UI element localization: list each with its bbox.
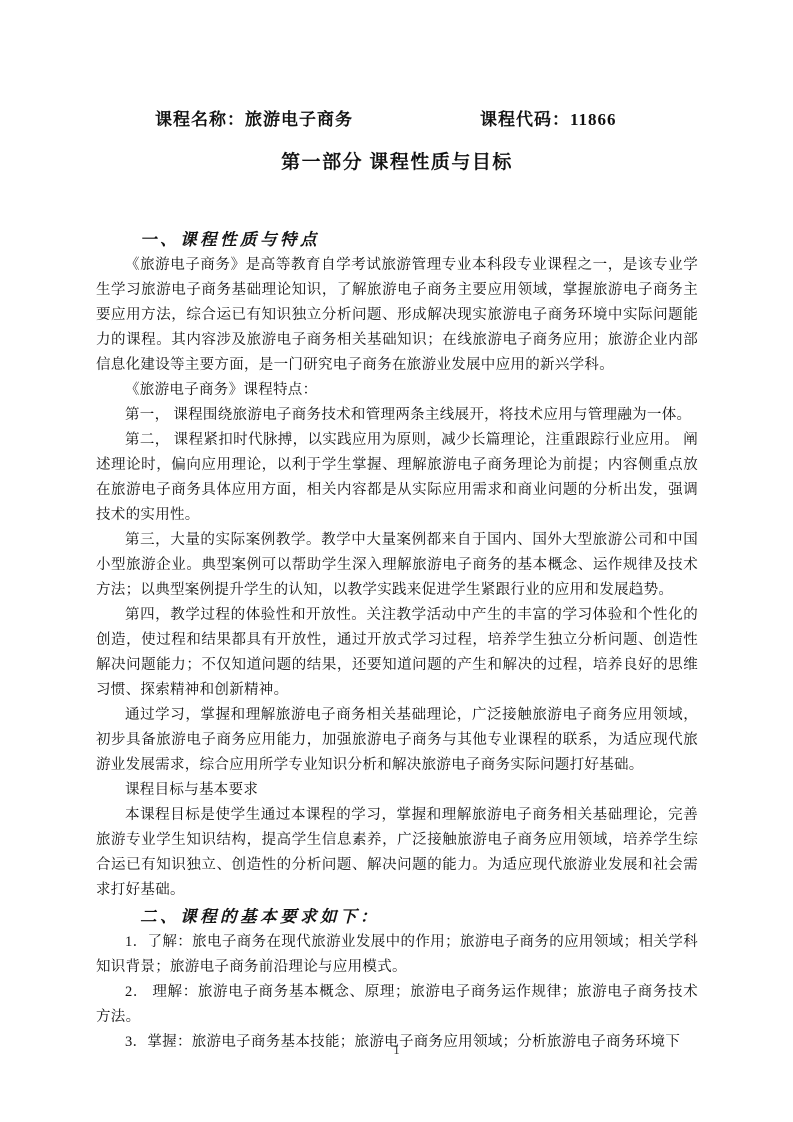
course-name-label: 课程名称：旅游电子商务	[155, 105, 353, 130]
section1-heading: 一、课程性质与特点	[96, 226, 698, 253]
paragraph: 《旅游电子商务》课程特点：	[96, 378, 698, 403]
course-code-label: 课程代码：11866	[480, 105, 617, 130]
section2-heading: 二、课程的基本要求如下：	[96, 903, 698, 930]
paragraph: 第三，大量的实际案例教学。教学中大量案例都来自于国内、国外大型旅游公司和中国小型…	[96, 528, 698, 603]
list-item: 2． 理解：旅游电子商务基本概念、原理；旅游电子商务运作规律；旅游电子商务技术方…	[96, 980, 698, 1030]
paragraph: 第一， 课程围绕旅游电子商务技术和管理两条主线展开，将技术应用与管理融为一体。	[96, 403, 698, 428]
paragraph: 第四，教学过程的体验性和开放性。关注教学活动中产生的丰富的学习体验和个性化的创造…	[96, 603, 698, 703]
paragraph: 课程目标与基本要求	[96, 778, 698, 803]
paragraph: 第二， 课程紧扣时代脉搏，以实践应用为原则，减少长篇理论，注重跟踪行业应用。 阐…	[96, 428, 698, 528]
title-row: 课程名称：旅游电子商务 课程代码：11866	[96, 105, 698, 131]
paragraph: 《旅游电子商务》是高等教育自学考试旅游管理专业本科段专业课程之一，是该专业学生学…	[96, 253, 698, 378]
part-title: 第一部分 课程性质与目标	[96, 147, 698, 173]
paragraph: 本课程目标是使学生通过本课程的学习，掌握和理解旅游电子商务相关基础理论，完善旅游…	[96, 803, 698, 903]
page-number: 1	[0, 1043, 793, 1058]
document-page: 课程名称：旅游电子商务 课程代码：11866 第一部分 课程性质与目标 一、课程…	[0, 0, 793, 1122]
document-body: 一、课程性质与特点 《旅游电子商务》是高等教育自学考试旅游管理专业本科段专业课程…	[96, 226, 698, 1055]
paragraph: 通过学习，掌握和理解旅游电子商务相关基础理论，广泛接触旅游电子商务应用领域，初步…	[96, 703, 698, 778]
list-item: 1．了解：旅电子商务在现代旅游业发展中的作用；旅游电子商务的应用领域；相关学科知…	[96, 930, 698, 980]
